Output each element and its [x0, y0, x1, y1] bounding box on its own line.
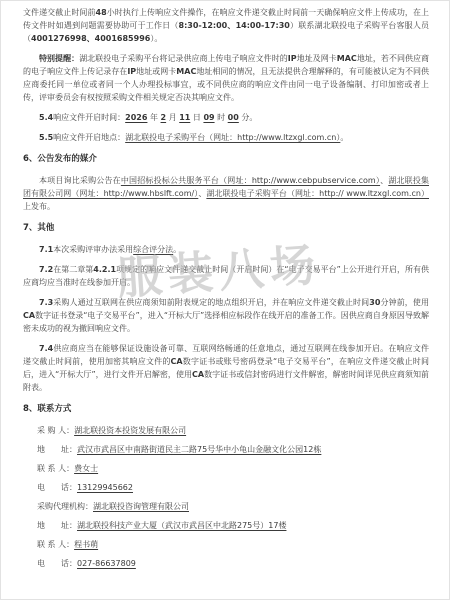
contact-value: 湖北联投咨询管理有限公司 — [93, 502, 189, 511]
paragraph-buyer-open-process: 7.3采购人通过互联网在供应商须知前附表规定的地点组织开启，并在响应文件递交截止… — [23, 296, 429, 335]
contact-value: 费女士 — [74, 464, 98, 473]
contact-row-agency-phone: 电 话：027-86637809 — [37, 557, 429, 576]
contact-value: 13129945662 — [77, 483, 133, 492]
contact-label: 电 话： — [37, 559, 77, 568]
contact-label: 采购代理机构： — [37, 502, 93, 511]
paragraph-open-procedure: 7.2在第二章第4.2.1项规定的响应文件递交截止时间（开启时间）在“电子交易平… — [23, 263, 429, 289]
contact-row-purchaser-person: 联 系 人：费女士 — [37, 462, 429, 481]
contact-row-purchaser: 采 购 人：湖北联投资本投资发展有限公司 — [37, 424, 429, 443]
contact-value: 武汉市武昌区中南路街道民主二路75号华中小龟山金融文化公园12栋 — [77, 445, 321, 454]
contact-row-agency-person: 联 系 人：程书萌 — [37, 538, 429, 557]
document-page: 服装八场 文件递交截止时间前48小时执行上传响应文件操作，在响应文件递交截止时间… — [0, 0, 450, 600]
contact-list: 采 购 人：湖北联投资本投资发展有限公司 地 址：武汉市武昌区中南路街道民主二路… — [37, 424, 429, 576]
contact-value: 湖北联投科技产业大厦（武汉市武昌区中北路275号）17楼 — [77, 521, 286, 530]
paragraph-special-reminder: 特别提醒：湖北联投电子采购平台将记录供应商上传电子响应文件时的IP地址及网卡MA… — [23, 52, 429, 104]
paragraph-open-time: 5.4响应文件开启时间：2026 年 2 月 11 日 09 时 00 分。 — [23, 111, 429, 124]
contact-value: 程书萌 — [74, 540, 98, 549]
paragraph-supplier-decrypt-process: 7.4供应商应当在能够保证设施设备可靠、互联网络畅通的任意地点，通过互联网在线参… — [23, 342, 429, 394]
contact-label: 采 购 人： — [37, 426, 74, 435]
contact-label: 电 话： — [37, 483, 77, 492]
contact-label: 联 系 人： — [37, 464, 74, 473]
contact-label: 联 系 人： — [37, 540, 74, 549]
paragraph-evaluation-method: 7.1本次采购评审办法采用综合评分法。 — [23, 243, 429, 256]
contact-row-agency: 采购代理机构：湖北联投咨询管理有限公司 — [37, 500, 429, 519]
paragraph-announcement-platforms: 本项目询比采购公告在中国招标投标公共服务平台（网址：http://www.ceb… — [23, 174, 429, 213]
contact-row-agency-address: 地 址：湖北联投科技产业大厦（武汉市武昌区中北路275号）17楼 — [37, 519, 429, 538]
paragraph-open-place: 5.5响应文件开启地点：湖北联投电子采购平台（网址：http://www.ltz… — [23, 131, 429, 144]
contact-value: 湖北联投资本投资发展有限公司 — [74, 426, 186, 435]
contact-row-purchaser-address: 地 址：武汉市武昌区中南路街道民主二路75号华中小龟山金融文化公园12栋 — [37, 443, 429, 462]
section-heading-others: 7、其他 — [23, 222, 429, 235]
contact-value: 027-86637809 — [77, 559, 136, 568]
contact-label: 地 址： — [37, 521, 77, 530]
section-heading-contacts: 8、联系方式 — [23, 403, 429, 416]
contact-row-purchaser-phone: 电 话：13129945662 — [37, 481, 429, 500]
section-heading-announcement-media: 6、公告发布的媒介 — [23, 153, 429, 166]
paragraph-upload-note: 文件递交截止时间前48小时执行上传响应文件操作，在响应文件递交截止时间前一天确保… — [23, 6, 429, 45]
contact-label: 地 址： — [37, 445, 77, 454]
